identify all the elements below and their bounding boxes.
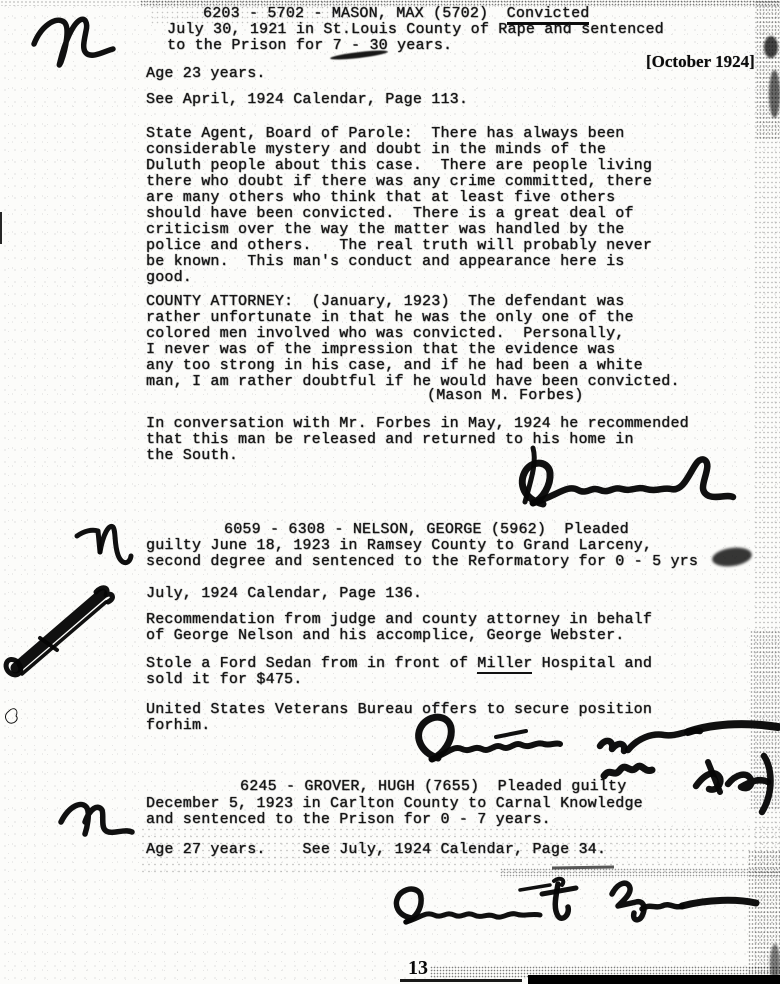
paragraph-line: COUNTY ATTORNEY: (January, 1923) The def… [146,294,680,310]
paragraph-line: man, I am rather doubtful if he would ha… [146,374,680,390]
paragraph-line: second degree and sentenced to the Refor… [146,554,698,570]
paragraph-line: of George Nelson and his accomplice, Geo… [146,628,652,644]
sentence-text: Stole a Ford Sedan from in front of [146,655,477,672]
handwritten-committed-inspection-note [390,876,762,948]
state-agent-paragraph: State Agent, Board of Parole: There has … [146,126,652,286]
recommendation-paragraph: Recommendation from judge and county att… [146,612,652,644]
paragraph-line: Recommendation from judge and county att… [146,612,652,628]
entry-mason-line: to the Prison for 7 - 30 years. [167,38,452,54]
scan-edge-line [0,212,2,244]
entry-nelson-calendar-ref: July, 1924 Calendar, Page 136. [146,586,422,602]
sentence-text: to the Prison for 7 - [167,37,369,54]
sentence-text: Hospital and [532,655,652,672]
paragraph-line: police and others. The real truth will p… [146,238,652,254]
paragraph-line: I never was of the impression that the e… [146,342,680,358]
scanned-document-page: 6203 - 5702 - MASON, MAX (5702) Convicte… [0,0,780,984]
county-attorney-paragraph: COUNTY ATTORNEY: (January, 1923) The def… [146,294,680,390]
paragraph-line: Duluth people about this case. There are… [146,158,652,174]
stolen-car-line: Stole a Ford Sedan from in front of Mill… [146,656,652,672]
paragraph-line: In conversation with Mr. Forbes in May, … [146,416,689,432]
scan-bottom-bar [528,975,780,984]
handwritten-n-mark-grover [54,796,144,842]
page-number: 13 [408,957,428,979]
sentence-text: years. [388,37,452,54]
scan-edge-blob [764,36,778,58]
paragraph-line: criticism over the way the matter was ha… [146,222,652,238]
handwritten-n-mark-top [28,8,120,74]
page-number-underline [400,979,522,982]
entry-mason-heading: 6203 - 5702 - MASON, MAX (5702) Convicte… [203,6,589,22]
entry-mason-line: July 30, 1921 in St.Louis County of Rape… [167,22,664,38]
scan-edge-noise-right [754,0,780,984]
entry-mason-heading-text: 6203 - 5702 - MASON, MAX (5702) [203,5,507,22]
paragraph-line: any too strong in his case, and if he ha… [146,358,680,374]
ink-blot [4,706,22,728]
paragraph-line: State Agent, Board of Parole: There has … [146,126,652,142]
underlined-word: Miller [477,655,532,674]
paragraph-line: should have been convicted. There is a g… [146,206,652,222]
paragraph-line: considerable mystery and doubt in the mi… [146,142,652,158]
entry-nelson-body: guilty June 18, 1923 in Ramsey County to… [146,538,698,570]
paragraph-line: are many others who think that at least … [146,190,652,206]
paragraph-line: colored men involved who was convicted. … [146,326,680,342]
stolen-car-line: sold it for $475. [146,672,302,688]
scan-noise-patch [756,0,780,140]
handwritten-committed-condition-note [408,706,780,818]
handwritten-denied-signature [505,442,745,520]
archival-date-stamp: [October 1924] [646,52,755,72]
attribution: (Mason M. Forbes) [427,388,583,404]
ink-smudge [711,545,753,568]
entry-grover-age-calendar: Age 27 years. See July, 1924 Calendar, P… [146,842,606,858]
handwritten-diagonal-scrawl [2,580,118,680]
paragraph-line: be known. This man's conduct and appeara… [146,254,652,270]
paragraph-line: rather unfortunate in that he was the on… [146,310,680,326]
paragraph-line: guilty June 18, 1923 in Ramsey County to… [146,538,698,554]
ink-underline-mark [552,865,614,869]
paragraph-line: good. [146,270,652,286]
scan-edge-blob [769,70,780,118]
entry-mason-calendar-ref: See April, 1924 Calendar, Page 113. [146,92,468,108]
entry-mason-age: Age 23 years. [146,66,266,82]
handwritten-n-mark-nelson [74,522,138,578]
paragraph-line: there who doubt if there was any crime c… [146,174,652,190]
entry-nelson-heading: 6059 - 6308 - NELSON, GEORGE (5962) Plea… [224,522,629,538]
